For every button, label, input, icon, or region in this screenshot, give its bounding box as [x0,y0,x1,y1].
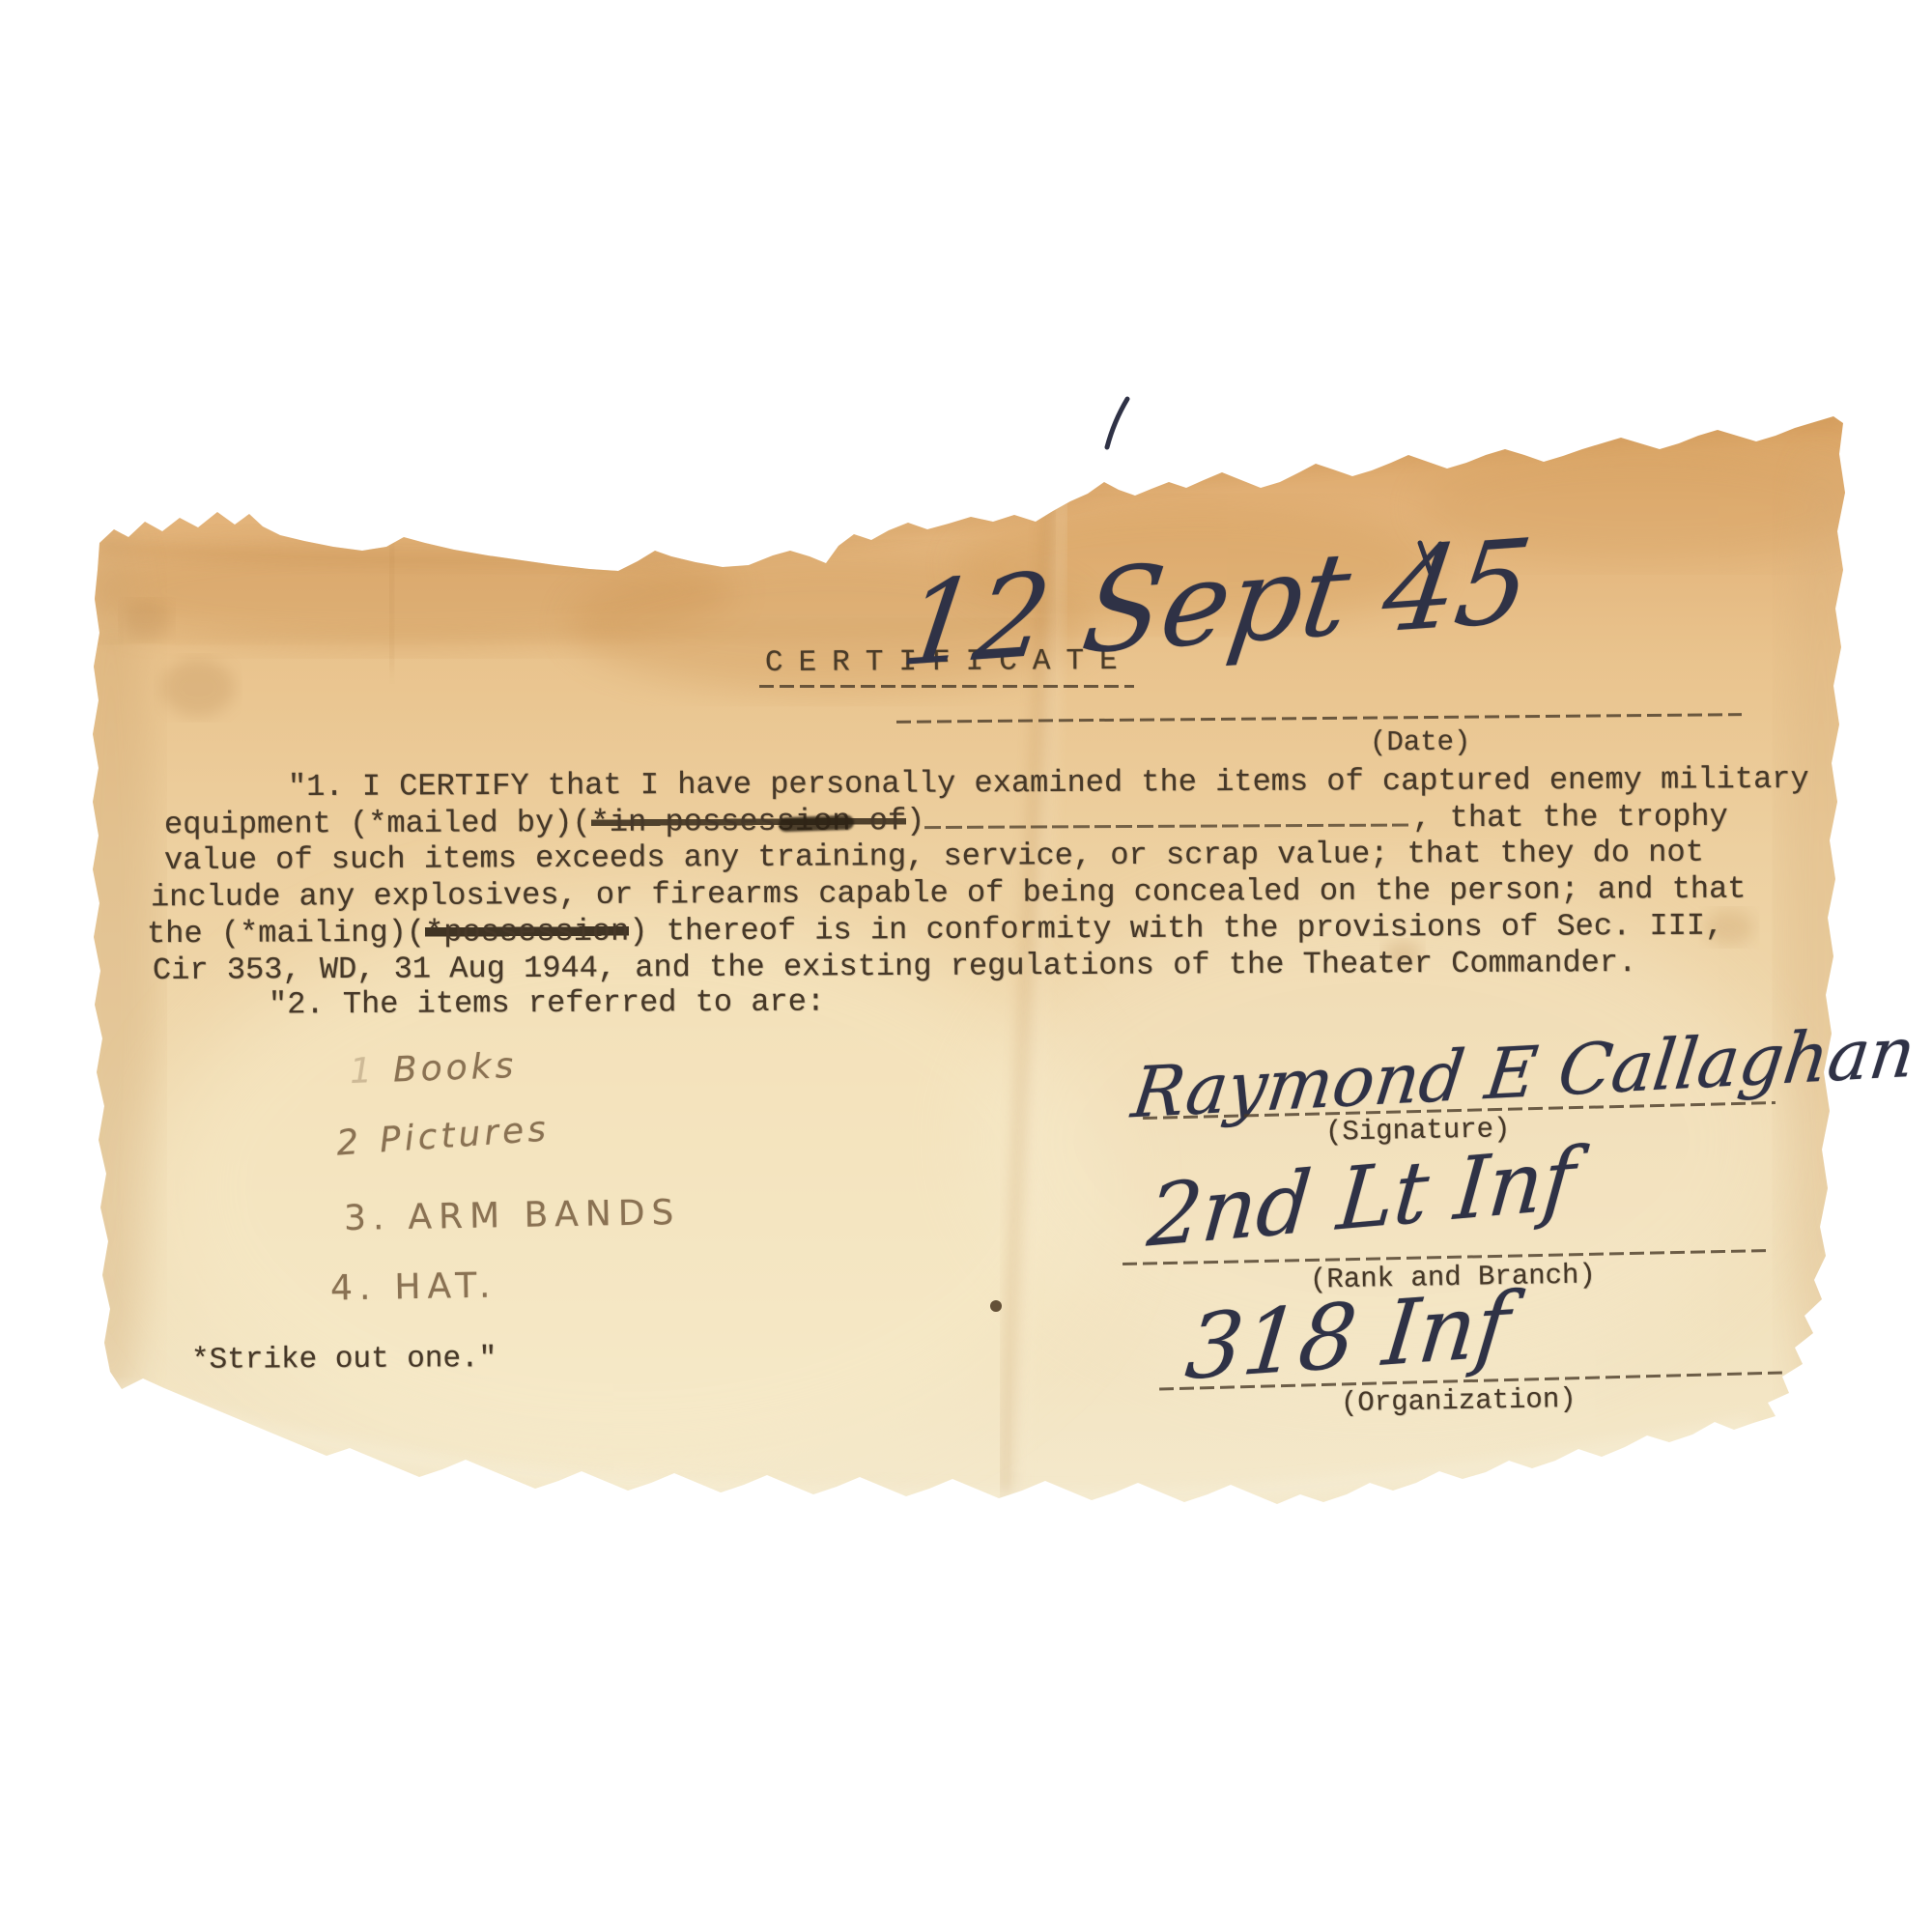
date-label: (Date) [1370,726,1471,759]
item-2-number: 2 [335,1122,364,1164]
item-3: 3.ARM BANDS [344,1193,681,1238]
blank-fill-line [924,799,1412,829]
body-line-5-post: ) thereof is in conformity with the prov… [629,908,1723,950]
certificate-document: CERTIFICATE 12 Sept 45 (Date) "1. I CERT… [0,0,1932,1932]
item-3-text: ARM BANDS [408,1193,681,1237]
item-4: 4.HAT. [330,1265,497,1308]
body-line-6: Cir 353, WD, 31 Aug 1944, and the existi… [153,945,1636,988]
item-1-text: Books [392,1046,518,1090]
body-line-7: "2. The items referred to are: [269,983,825,1022]
struck-option-possession-2: *possession [425,914,629,951]
scan-background: CERTIFICATE 12 Sept 45 (Date) "1. I CERT… [0,0,1932,1932]
body-line-2-tail: , that the trophy [1412,799,1728,837]
body-line-5-pre: the (*mailing)( [147,915,425,952]
item-2-text: Pictures [379,1109,552,1160]
struck-option-possession: *in possession of [591,803,907,840]
item-1-number: 1 [349,1051,376,1092]
body-line-2-post: ) [906,803,924,838]
item-1: 1Books [349,1046,518,1092]
ink-blot [779,815,854,833]
rank-handwritten: 2nd Lt Inf [1144,1128,1578,1266]
date-handwritten: 12 Sept 45 [895,514,1539,693]
date-line [896,713,1742,724]
body-line-2-pre: equipment (*mailed by)( [164,805,591,842]
item-4-number: 4. [330,1268,378,1309]
organization-label: (Organization) [1341,1383,1577,1419]
item-4-text: HAT. [394,1265,497,1307]
item-2: 2Pictures [335,1109,551,1163]
item-3-number: 3. [344,1198,391,1238]
footnote: *Strike out one." [191,1342,497,1378]
